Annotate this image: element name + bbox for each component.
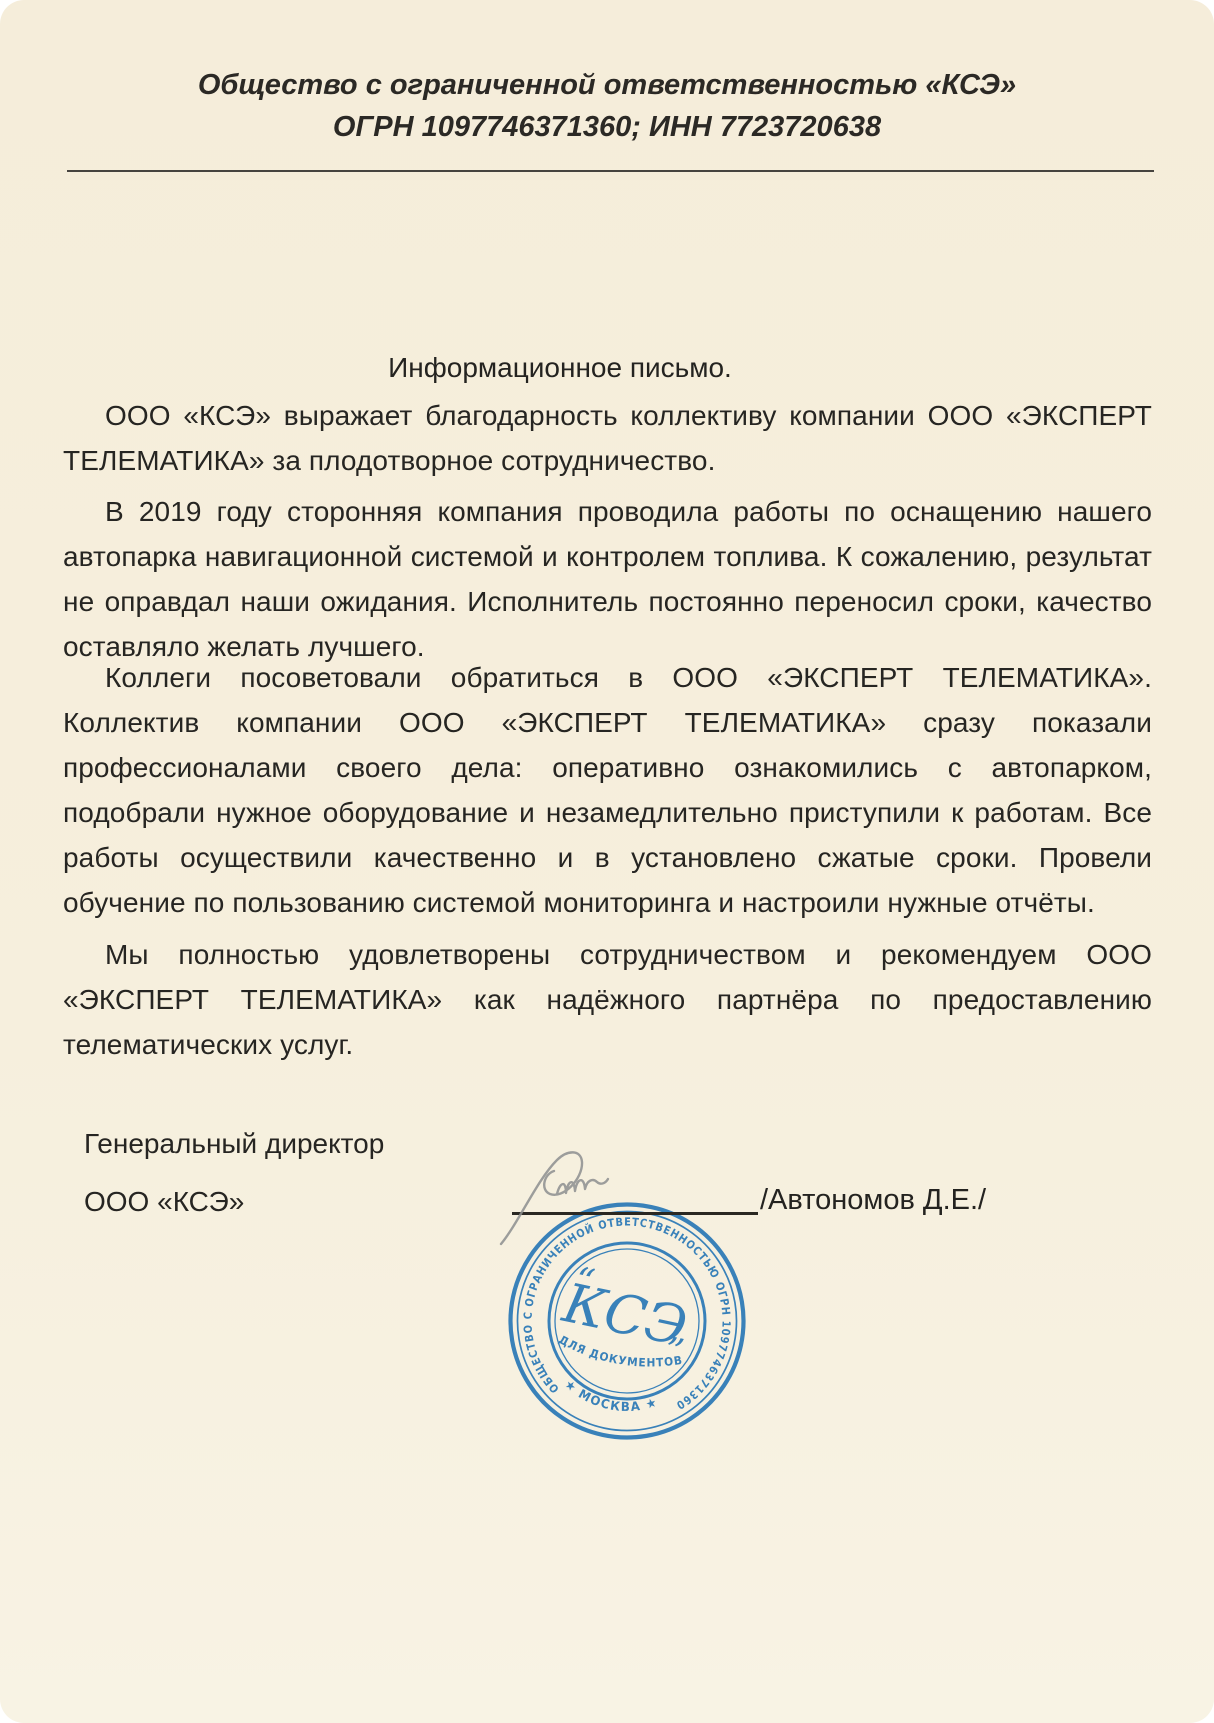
letterhead: Общество с ограниченной ответственностью… xyxy=(0,64,1214,148)
svg-text:★ МОСКВА ★: ★ МОСКВА ★ xyxy=(559,1375,662,1423)
header-rule xyxy=(67,170,1154,172)
signer-name: /Автономов Д.Е./ xyxy=(760,1184,986,1217)
letter-title: Информационное письмо. xyxy=(63,352,1057,384)
autograph-signature xyxy=(497,1146,665,1248)
stamp-city-text: ★ МОСКВА ★ xyxy=(559,1375,662,1423)
letter-page: Общество с ограниченной ответственностью… xyxy=(0,0,1214,1723)
signer-company: ООО «КСЭ» xyxy=(84,1186,244,1218)
letterhead-registration-line: ОГРН 1097746371360; ИНН 7723720638 xyxy=(0,106,1214,148)
letter-paragraph-4: Мы полностью удовлетворены сотрудничеств… xyxy=(63,932,1152,1067)
letter-paragraph-3: Коллеги посоветовали обратиться в ООО «Э… xyxy=(63,655,1152,925)
letter-paragraph-2: В 2019 году сторонняя компания проводила… xyxy=(63,489,1152,669)
letterhead-company-line: Общество с ограниченной ответственностью… xyxy=(0,64,1214,106)
letter-paragraph-1: ООО «КСЭ» выражает благодарность коллект… xyxy=(63,393,1152,483)
signer-position: Генеральный директор xyxy=(84,1128,384,1160)
